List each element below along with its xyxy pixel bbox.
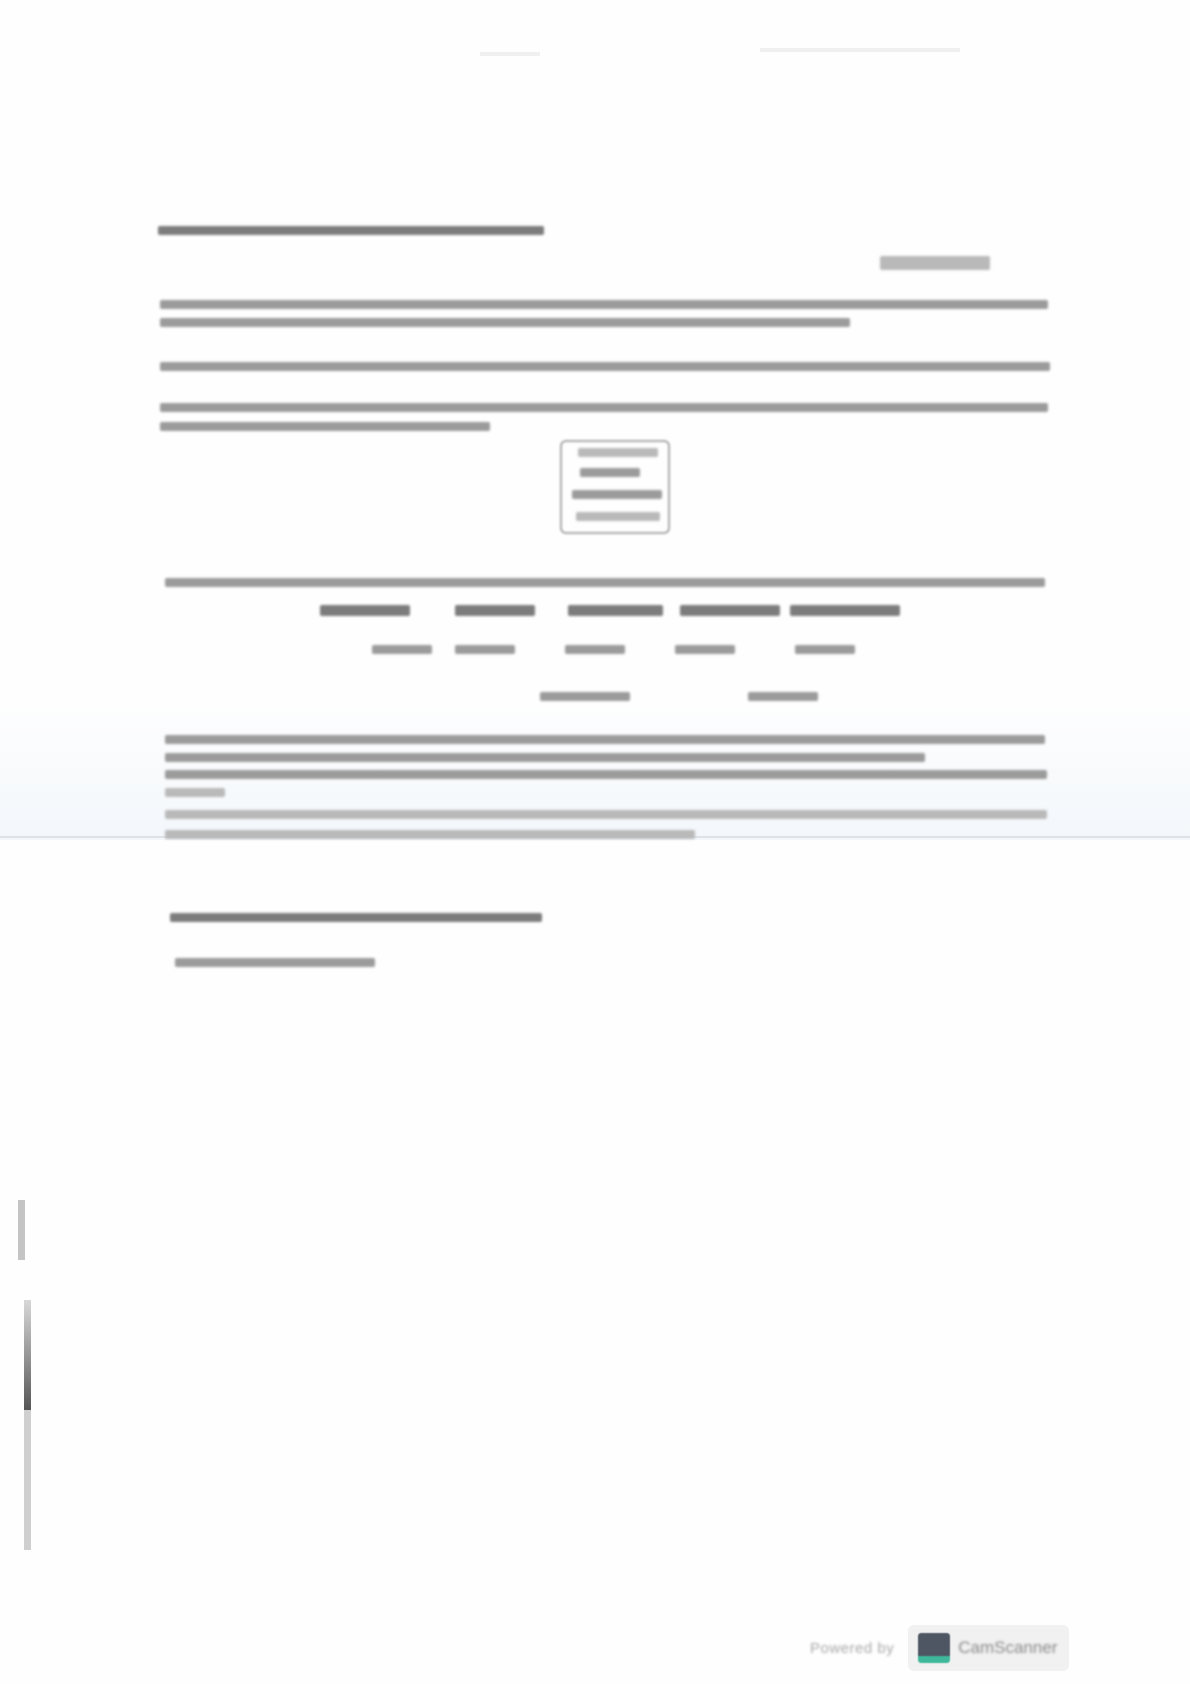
boxed-line — [576, 512, 660, 521]
question-2-line — [160, 362, 1050, 371]
standard-error — [565, 645, 625, 654]
sample-size-value — [748, 692, 818, 701]
standard-error — [795, 645, 855, 654]
section-2-line — [175, 958, 375, 967]
note-line — [165, 810, 1047, 819]
equation-term — [455, 605, 535, 616]
note-line — [165, 830, 695, 839]
standard-error — [675, 645, 735, 654]
section-heading-1 — [158, 226, 544, 235]
equation-term — [320, 605, 410, 616]
section-heading-2 — [170, 913, 542, 922]
equation-term — [680, 605, 780, 616]
r-squared-value — [540, 692, 630, 701]
note-line — [165, 735, 1045, 744]
equation-term — [790, 605, 900, 616]
scan-edge-mark — [18, 1200, 25, 1260]
question-3-line — [160, 403, 1048, 412]
scanned-page: Powered by CamScanner — [0, 0, 1190, 1684]
note-line — [165, 788, 225, 797]
brand-name: CamScanner — [958, 1638, 1057, 1658]
question-1-line — [160, 318, 850, 327]
question-1-line — [160, 300, 1048, 309]
scan-artifact — [760, 48, 960, 52]
note-line — [165, 770, 1047, 779]
scan-edge-mark — [24, 1300, 31, 1410]
boxed-line — [580, 468, 640, 477]
question-4-line — [165, 578, 1045, 587]
scan-artifact — [480, 52, 540, 56]
standard-error — [372, 645, 432, 654]
boxed-line — [578, 448, 658, 457]
scanner-watermark: Powered by CamScanner — [810, 1625, 1069, 1671]
handwritten-annotation — [880, 256, 990, 270]
brand-badge: CamScanner — [908, 1625, 1069, 1671]
question-3-line — [160, 422, 490, 431]
equation-term — [568, 605, 663, 616]
note-line — [165, 753, 925, 762]
standard-error — [455, 645, 515, 654]
scan-edge-mark — [24, 1410, 31, 1550]
camscanner-logo-icon — [918, 1633, 950, 1663]
powered-by-label: Powered by — [810, 1640, 894, 1657]
boxed-line — [572, 490, 662, 499]
